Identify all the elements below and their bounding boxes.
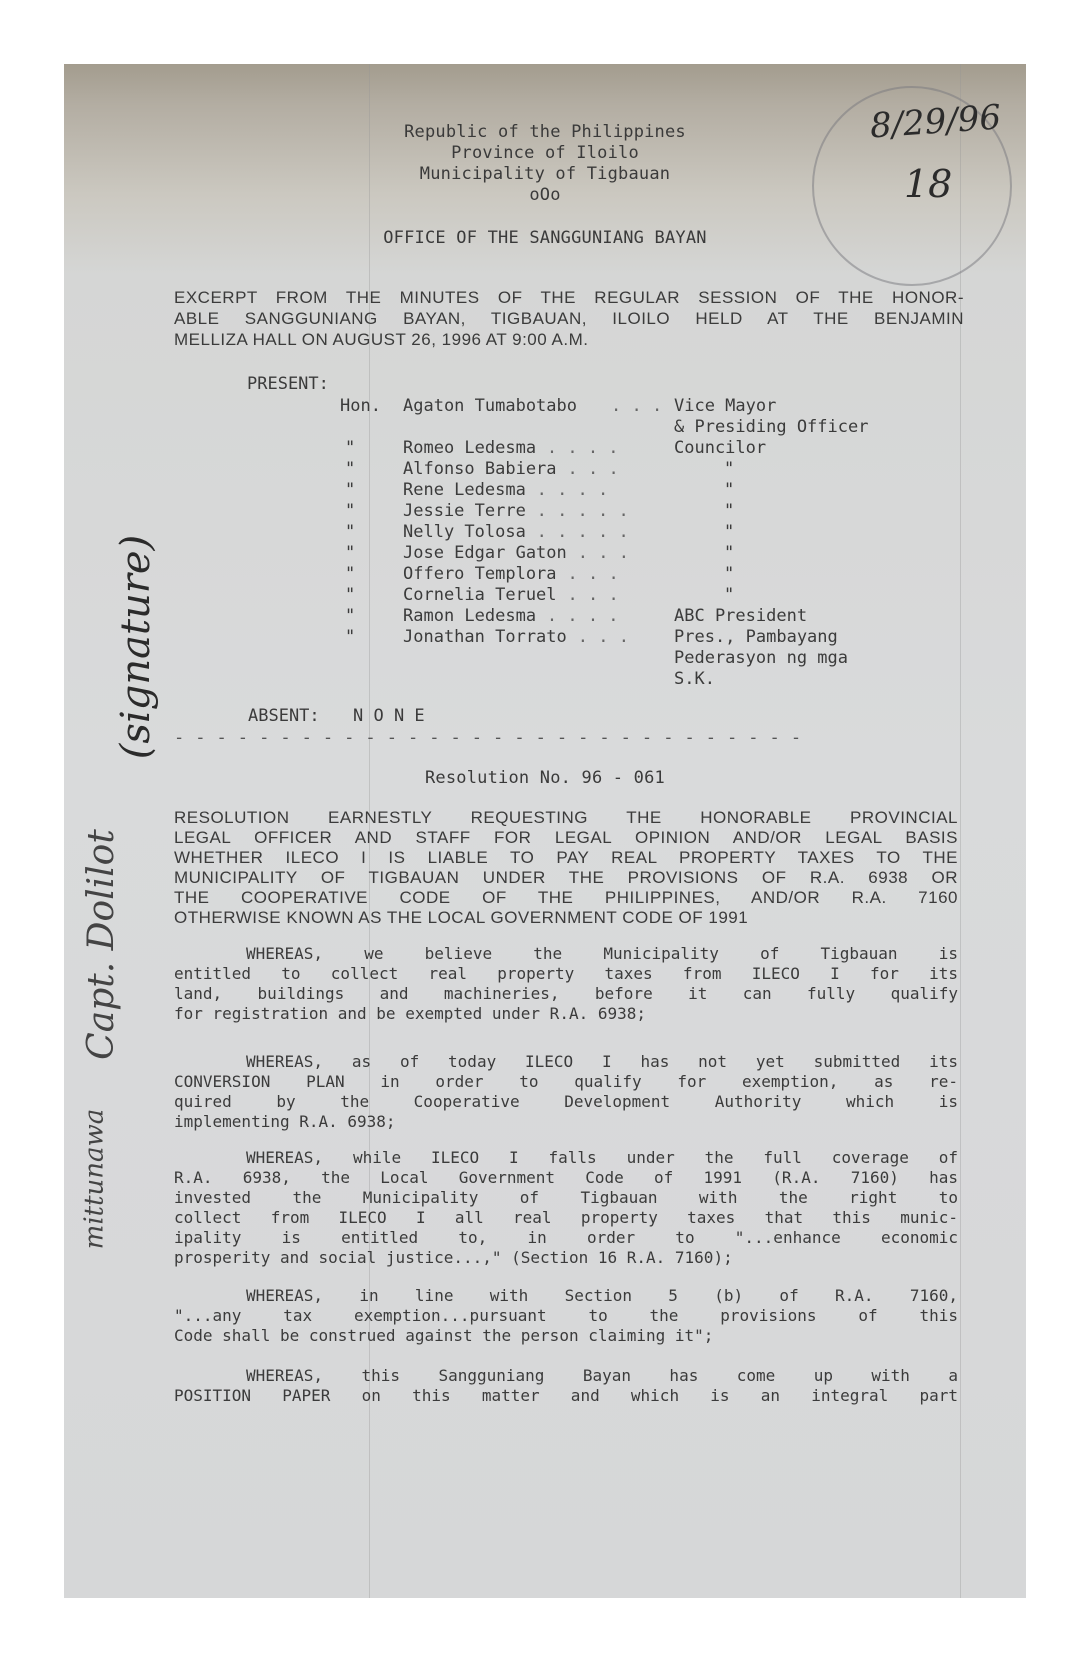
excerpt-line: MELLIZA HALL ON AUGUST 26, 1996 AT 9:00 … [174, 330, 734, 350]
whereas-line: R.A. 6938, the Local Government Code of … [174, 1168, 958, 1187]
leader-dots: . . . . [537, 480, 609, 500]
member-name: Jose Edgar Gaton [403, 543, 567, 563]
header-municipality: Municipality of Tigbauan [64, 164, 1026, 184]
whereas-line: CONVERSION PLAN in order to qualify for … [174, 1072, 958, 1091]
whereas-line: WHEREAS, while ILECO I falls under the f… [246, 1148, 958, 1167]
member-name: Romeo Ledesma [403, 438, 536, 458]
leader-dots: . . . . [547, 606, 619, 626]
member-position: " [724, 585, 734, 605]
whereas-line: WHEREAS, as of today ILECO I has not yet… [246, 1052, 958, 1071]
whereas-line: POSITION PAPER on this matter and which … [174, 1386, 958, 1405]
member-position: S.K. [674, 669, 715, 689]
member-name: Jonathan Torrato [403, 627, 567, 647]
whereas-line: WHEREAS, in line with Section 5 (b) of R… [246, 1286, 958, 1305]
excerpt-line: ABLE SANGGUNIANG BAYAN, TIGBAUAN, ILOILO… [174, 309, 964, 329]
leader-dots: . . . . . [537, 501, 629, 521]
member-prefix: " [345, 501, 355, 521]
whereas-line: collect from ILECO I all real property t… [174, 1208, 958, 1227]
resolution-title-line: MUNICIPALITY OF TIGBAUAN UNDER THE PROVI… [174, 868, 958, 888]
leader-dots: . . . . [547, 438, 619, 458]
member-prefix: " [345, 606, 355, 626]
separator-line: - - - - - - - - - - - - - - - - - - - - … [174, 728, 801, 748]
member-position: Pres., Pambayang [674, 627, 838, 647]
member-prefix: Hon. [340, 396, 381, 416]
member-position: ABC President [674, 606, 807, 626]
leader-dots: . . . . . [537, 522, 629, 542]
member-name: Cornelia Teruel [403, 585, 557, 605]
margin-signature: (signature) [113, 535, 159, 759]
member-prefix: " [345, 564, 355, 584]
leader-dots: . . . [611, 396, 662, 416]
member-name: Nelly Tolosa [403, 522, 526, 542]
whereas-line: Code shall be construed against the pers… [174, 1326, 713, 1345]
resolution-title-line: OTHERWISE KNOWN AS THE LOCAL GOVERNMENT … [174, 908, 764, 928]
member-position: Pederasyon ng mga [674, 648, 848, 668]
member-prefix: " [345, 459, 355, 479]
leader-dots: . . . [568, 459, 619, 479]
member-prefix: " [345, 522, 355, 542]
leader-dots: . . . [568, 564, 619, 584]
member-position: & Presiding Officer [674, 417, 868, 437]
excerpt-line: EXCERPT FROM THE MINUTES OF THE REGULAR … [174, 288, 964, 308]
whereas-line: "...any tax exemption...pursuant to the … [174, 1306, 958, 1325]
whereas-line: WHEREAS, we believe the Municipality of … [246, 944, 958, 963]
whereas-line: entitled to collect real property taxes … [174, 964, 958, 983]
whereas-line: ipality is entitled to, in order to "...… [174, 1228, 958, 1247]
member-position: " [724, 564, 734, 584]
present-label: PRESENT: [247, 374, 329, 394]
member-position: " [724, 480, 734, 500]
leader-dots: . . . [578, 627, 629, 647]
handwritten-number: 18 [904, 162, 952, 206]
whereas-line: quired by the Cooperative Development Au… [174, 1092, 958, 1111]
member-position: " [724, 522, 734, 542]
whereas-line: for registration and be exempted under R… [174, 1004, 646, 1023]
member-position: Councilor [674, 438, 766, 458]
whereas-line: prosperity and social justice...," (Sect… [174, 1248, 733, 1267]
member-name: Rene Ledesma [403, 480, 526, 500]
member-name: Ramon Ledesma [403, 606, 536, 626]
resolution-title-line: THE COOPERATIVE CODE OF THE PHILIPPINES,… [174, 888, 958, 908]
member-position: Vice Mayor [674, 396, 776, 416]
member-name: Offero Templora [403, 564, 557, 584]
whereas-line: WHEREAS, this Sangguniang Bayan has come… [246, 1366, 958, 1385]
member-position: " [724, 459, 734, 479]
resolution-title-line: RESOLUTION EARNESTLY REQUESTING THE HONO… [174, 808, 958, 828]
member-prefix: " [345, 627, 355, 647]
whereas-line: implementing R.A. 6938; [174, 1112, 396, 1131]
resolution-title-line: WHETHER ILECO I IS LIABLE TO PAY REAL PR… [174, 848, 958, 868]
member-name: Alfonso Babiera [403, 459, 557, 479]
header-ornament: oOo [64, 185, 1026, 205]
margin-signature: Capt. Dolilot [81, 829, 122, 1060]
resolution-number: Resolution No. 96 - 061 [64, 768, 1026, 788]
resolution-title-line: LEGAL OFFICER AND STAFF FOR LEGAL OPINIO… [174, 828, 958, 848]
member-prefix: " [345, 480, 355, 500]
member-prefix: " [345, 438, 355, 458]
header-province: Province of Iloilo [64, 143, 1026, 163]
member-name: Jessie Terre [403, 501, 526, 521]
whereas-line: land, buildings and machineries, before … [174, 984, 958, 1003]
leader-dots: . . . [568, 585, 619, 605]
document-page: Republic of the Philippines Province of … [64, 64, 1026, 1598]
member-position: " [724, 501, 734, 521]
absent-value: N O N E [353, 706, 425, 726]
member-prefix: " [345, 585, 355, 605]
member-prefix: " [345, 543, 355, 563]
member-position: " [724, 543, 734, 563]
absent-label: ABSENT: [248, 706, 320, 726]
leader-dots: . . . [578, 543, 629, 563]
member-name: Agaton Tumabotabo [403, 396, 577, 416]
whereas-line: invested the Municipality of Tigbauan wi… [174, 1188, 958, 1207]
office-title: OFFICE OF THE SANGGUNIANG BAYAN [64, 228, 1026, 248]
margin-signature: mittunawa [79, 1109, 109, 1250]
